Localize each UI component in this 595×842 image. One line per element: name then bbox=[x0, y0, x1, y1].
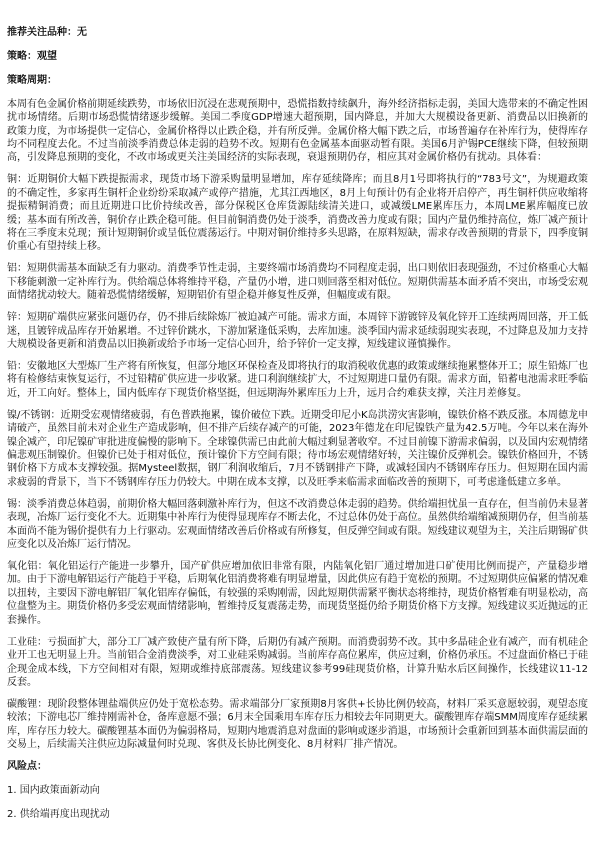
paragraph-copper: 铜：近期铜价大幅下跌提振需求，现货市场下游采购量明显增加，库存延续降库；而且8月… bbox=[7, 173, 588, 253]
paragraph-zinc: 锌：短期矿端供应紧张问题仍存，仍不排后续除炼厂被迫减产可能。需求方面，本周锌下游… bbox=[7, 311, 588, 351]
risk-item-1: 1. 国内政策面新动向 bbox=[7, 784, 588, 797]
paragraph-lithium-carbonate: 碳酸锂：现阶段整体锂盐端供应仍处于宽松态势。需求端部分厂家预期8月客供+长协比例… bbox=[7, 698, 588, 752]
risk-item-2: 2. 供给端再度出现扰动 bbox=[7, 808, 588, 821]
paragraph-lead: 铅：安徽地区大型炼厂生产将有所恢复，但部分地区环保检查及即将执行的取消税收优惠的… bbox=[7, 360, 588, 400]
paragraph-nickel-stainless: 镍/不锈钢：近期受宏观情绪疲弱，有色普跌拖累，镍价破位下跌。近期受印尼小K岛洪涝… bbox=[7, 409, 588, 489]
paragraph-tin: 锡：淡季消费总体趋弱，前期价格大幅回落刺激补库行为，但这不改消费总体走弱的趋势。… bbox=[7, 498, 588, 552]
paragraph-aluminum: 铝：短期供需基本面缺乏有力驱动。消费季节性走弱，主要终端市场消费均不同程度走弱，… bbox=[7, 262, 588, 302]
report-page: 推荐关注品种：无 策略：观望 策略周期： 本周有色金属价格前期延续跌势，市场依旧… bbox=[0, 0, 595, 842]
risk-section-title: 风险点： bbox=[7, 760, 588, 773]
paragraph-industrial-silicon: 工业硅：亏损面扩大，部分工厂减产致使产量有所下降，后期仍有减产预期。而消费弱势不… bbox=[7, 636, 588, 690]
strategy-cycle-heading: 策略周期： bbox=[7, 74, 588, 87]
strategy-heading: 策略：观望 bbox=[7, 50, 588, 63]
recommended-varieties-heading: 推荐关注品种：无 bbox=[7, 26, 588, 39]
paragraph-alumina: 氧化铝：氧化铝运行产能进一步攀升，国产矿供应增加依旧非常有限，内陆氧化铝厂通过增… bbox=[7, 560, 588, 627]
paragraph-overview: 本周有色金属价格前期延续跌势，市场依旧沉浸在悲观预期中，恐慌指数持续飙升，海外经… bbox=[7, 98, 588, 165]
